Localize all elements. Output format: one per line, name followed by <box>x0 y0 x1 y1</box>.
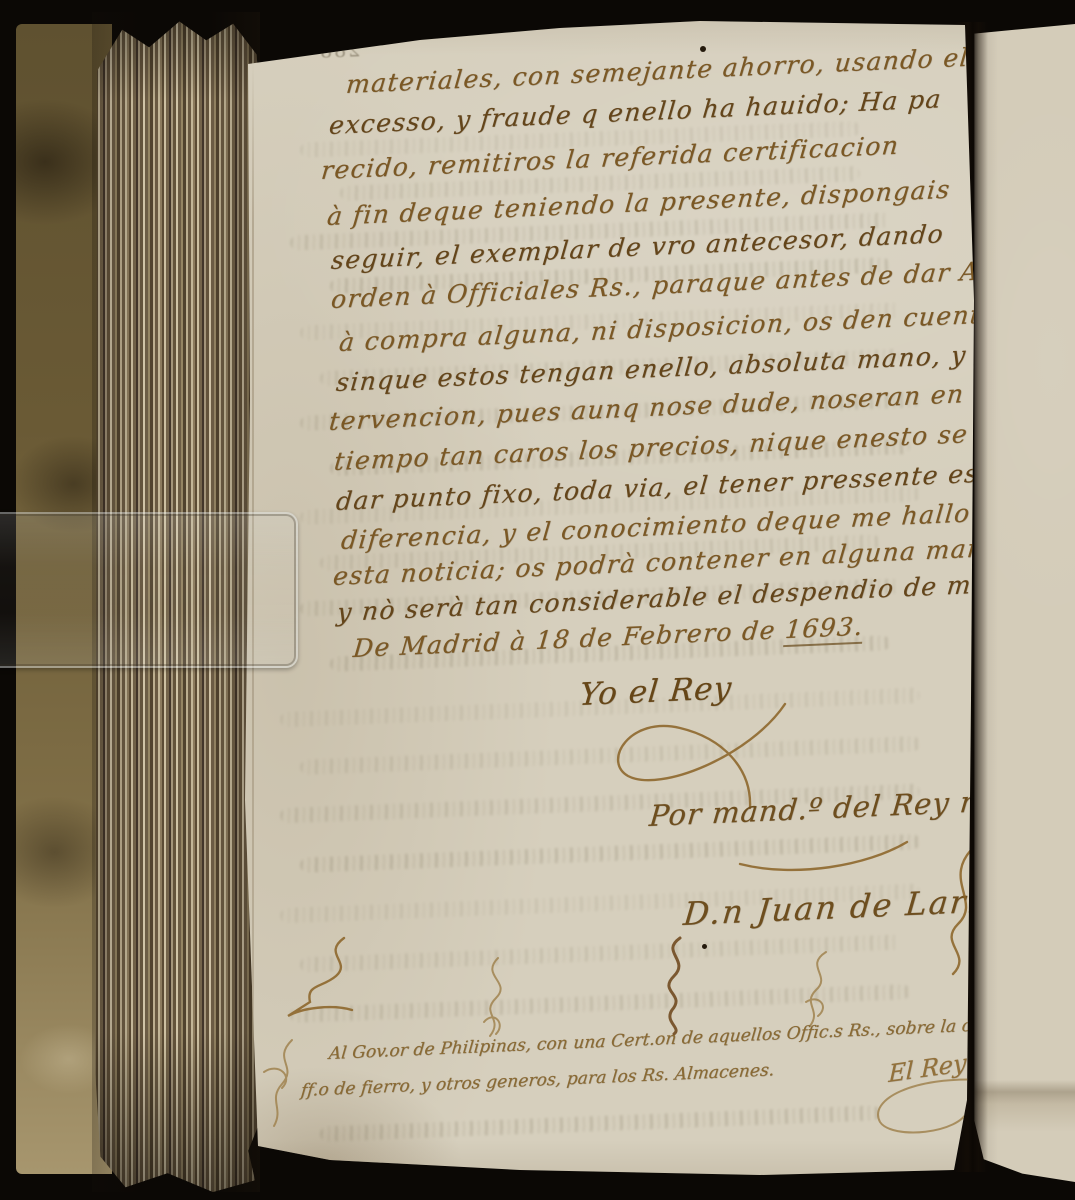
photo-scene: 288 materiales, con semejante ahorro, us… <box>0 0 1075 1200</box>
bleedthrough-ghost-line <box>320 1105 880 1141</box>
glass-weight-strip <box>0 512 298 668</box>
ink-dot <box>700 46 706 52</box>
docket-line: ff.o de fierro, y otros generos, para lo… <box>300 1062 775 1100</box>
countersignature-flourish-icon <box>735 836 915 876</box>
rubric-flourish-icon <box>282 930 372 1025</box>
rubric-flourish-icon <box>644 932 704 1037</box>
folio-number-bleedthrough: 288 <box>318 39 361 62</box>
rubric-flourish-icon <box>466 952 526 1042</box>
ink-dot <box>702 944 707 949</box>
date-year: 1693. <box>783 612 865 648</box>
